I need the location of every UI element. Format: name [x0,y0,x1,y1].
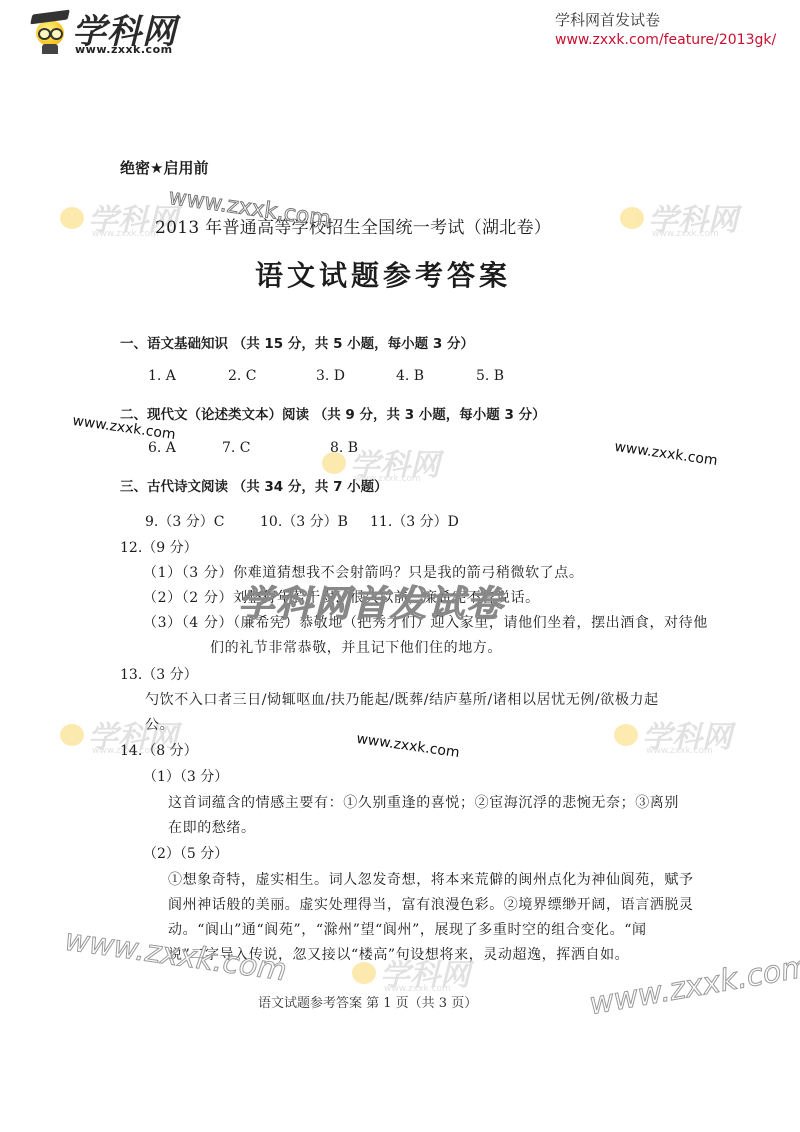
answer: 3. D [316,368,345,384]
answer: 2. C [228,368,257,384]
watermark-url: www.zxxk.com [355,731,460,761]
site-logo[interactable]: 学科网 www.zxxk.com [34,4,184,56]
watermark-url: www.zxxk.com [613,439,718,469]
page-footer: 语文试题参考答案 第 1 页（共 3 页） [258,992,477,1011]
answer: 7. C [222,440,251,456]
answer: 4. B [396,368,424,384]
answer-line: 这首词蕴含的情感主要有：①久别重逢的喜悦；②宦海沉浮的悲惋无奈；③离别 [168,792,679,812]
mascot-icon [34,10,68,54]
section-heading: 三、古代诗文阅读 （共 34 分，共 7 小题） [120,475,388,495]
answer-line: ①想象奇特，虚实相生。词人忽发奇想，将本来荒僻的闽州点化为神仙阆苑，赋予 [168,869,694,889]
sub-question-label: （1）（3 分） [143,766,228,786]
answer: 8. B [330,440,358,456]
answer: 9.（3 分）C [145,511,224,531]
watermark-logo: 学科网www.zxxk.com [620,195,770,245]
answer-line: 动。“阆山”通“阆苑”，“滁州”望“阆州”，展现了多重时空的组合变化。“闻 [168,919,647,939]
answer: 1. A [148,368,176,384]
header-title: 学科网首发试卷 [555,9,776,30]
logo-url: www.zxxk.com [75,43,173,56]
exam-title: 2013 年普通高等学校招生全国统一考试（湖北卷） [155,213,551,238]
answer-line: 勺饮不入口者三日/恸辄呕血/扶乃能起/既葬/结庐墓所/诸相以居忧无例/欲极力起 [145,689,659,709]
header-right: 学科网首发试卷 www.zxxk.com/feature/2013gk/ [555,9,776,48]
secret-label: 绝密★启用前 [120,157,208,178]
question-label: 12.（9 分） [120,537,198,557]
answer-line: 公。 [145,714,174,734]
watermark-logo: 学科网www.zxxk.com [614,712,764,762]
document-page: 学科网 www.zxxk.com 学科网首发试卷 www.zxxk.com/fe… [0,0,800,1132]
sub-question-label: （2）（5 分） [143,843,228,863]
answer-line: 们的礼节非常恭敬，并且记下他们住的地方。 [210,637,502,657]
header-feature-link[interactable]: www.zxxk.com/feature/2013gk/ [555,32,776,48]
answer: 11.（3 分）D [370,511,459,531]
question-label: 14.（8 分） [120,740,198,760]
answer-line: 在即的愁绪。 [168,817,256,837]
section-heading: 二、现代文（论述类文本）阅读 （共 9 分，共 3 小题，每小题 3 分） [120,403,546,423]
answer-line: 阆州神话般的美丽。虚实处理得当，富有浪漫色彩。②境界缥缈开阔，语言洒脱灵 [168,894,694,914]
answer: 10.（3 分）B [260,511,348,531]
section-heading: 一、语文基础知识 （共 15 分，共 5 小题，每小题 3 分） [120,332,474,352]
answer: 5. B [476,368,504,384]
question-label: 13.（3 分） [120,664,198,684]
document-title: 语文试题参考答案 [255,254,511,294]
watermark-banner: 学科网首发试卷 [238,576,504,627]
